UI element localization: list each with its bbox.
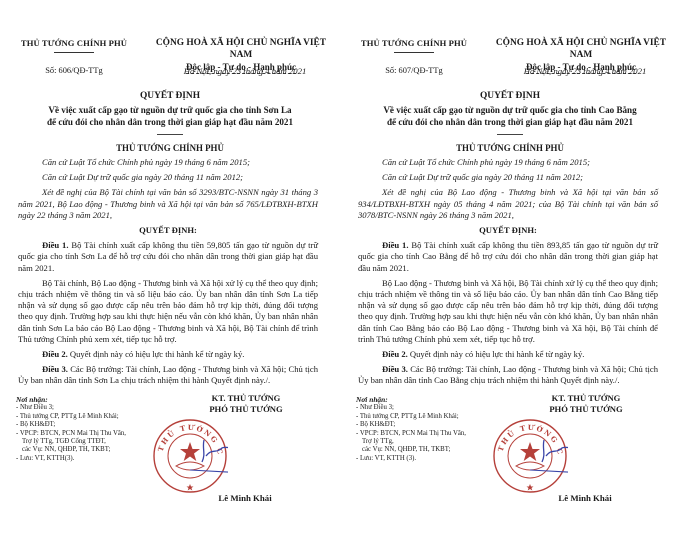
sign-title-2: PHÓ THỦ TƯỚNG [196, 404, 296, 415]
recipients-items: - Như Điều 3;- Thủ tướng CP, PTTg Lê Min… [16, 404, 156, 463]
decides-heading: QUYẾT ĐỊNH: [358, 225, 658, 236]
signer-name: Lê Minh Khái [200, 493, 290, 503]
issuing-authority: THỦ TƯỚNG CHÍNH PHỦ [340, 143, 680, 153]
article-1-label: Điều 1. [382, 240, 409, 250]
legal-basis-3: Xét đề nghị của Bộ Lao động - Thương bin… [358, 187, 658, 221]
sign-title-1: KT. THỦ TƯỚNG [536, 393, 636, 404]
recipient-item: - Thủ tướng CP, PTTg Lê Minh Khái; [16, 413, 156, 421]
legal-basis-2: Căn cứ Luật Dự trữ quốc gia ngày 20 thán… [358, 172, 658, 183]
recipients-list: Nơi nhận: - Như Điều 3;- Thủ tướng CP, P… [16, 396, 156, 463]
issuer-name: THỦ TƯỚNG CHÍNH PHỦ [20, 38, 128, 48]
article-3-label: Điều 3. [382, 364, 408, 374]
document-date: Hà Nội, ngày 23 tháng 4 năm 2021 [150, 66, 340, 76]
article-1-label: Điều 1. [42, 240, 69, 250]
recipient-item: - Lưu: VT, KTTH (3). [356, 455, 496, 463]
recipient-item: - Bộ KH&ĐT; [356, 421, 496, 429]
subject-line-1: Về việc xuất cấp gạo từ nguồn dự trữ quố… [10, 104, 330, 116]
issuer-divider [394, 52, 434, 53]
document-number: Số: 607/QĐ-TTg [360, 66, 468, 75]
issuer-name: THỦ TƯỚNG CHÍNH PHỦ [360, 38, 468, 48]
country-name: CỘNG HOÀ XÃ HỘI CHỦ NGHĨA VIỆT NAM [486, 37, 676, 61]
article-3-label: Điều 3. [42, 364, 68, 374]
article-2-label: Điều 2. [382, 349, 408, 359]
article-1: Điều 1. Bộ Tài chính xuất cấp không thu … [18, 240, 318, 274]
document-subject: Về việc xuất cấp gạo từ nguồn dự trữ quố… [10, 104, 330, 135]
decision-document: THỦ TƯỚNG CHÍNH PHỦ CỘNG HOÀ XÃ HỘI CHỦ … [340, 0, 680, 538]
recipient-item: Trợ lý TTg, [356, 438, 496, 446]
recipient-item: - VPCP: BTCN, PCN Mai Thị Thu Vân, [16, 430, 156, 438]
recipients-title: Nơi nhận: [16, 396, 156, 404]
document-body: Căn cứ Luật Tổ chức Chính phủ ngày 19 th… [358, 157, 658, 391]
article-1: Điều 1. Bộ Tài chính xuất cấp không thu … [358, 240, 658, 274]
decides-heading: QUYẾT ĐỊNH: [18, 225, 318, 236]
subject-divider [497, 134, 523, 135]
recipient-item: các Vụ: NN, QHĐP, TH, TKBT; [356, 446, 496, 454]
country-name: CỘNG HOÀ XÃ HỘI CHỦ NGHĨA VIỆT NAM [146, 37, 336, 61]
document-type: QUYẾT ĐỊNH [0, 91, 340, 101]
legal-basis-2: Căn cứ Luật Dự trữ quốc gia ngày 20 thán… [18, 172, 318, 183]
legal-basis-1: Căn cứ Luật Tổ chức Chính phủ ngày 19 th… [18, 157, 318, 168]
document-subject: Về việc xuất cấp gạo từ nguồn dự trữ quố… [350, 104, 670, 135]
recipients-title: Nơi nhận: [356, 396, 496, 404]
recipient-item: - Bộ KH&ĐT; [16, 421, 156, 429]
article-2-text: Quyết định này có hiệu lực thi hành kể t… [408, 349, 585, 359]
official-seal-icon: THỦ TƯỚNG CHÍNH PHỦ [492, 418, 568, 494]
subject-line-2: để cứu đói cho nhân dân trong thời gian … [10, 116, 330, 128]
article-1-paragraph-2: Bộ Tài chính, Bộ Lao động - Thương binh … [18, 278, 318, 345]
document-number: Số: 606/QĐ-TTg [20, 66, 128, 75]
document-body: Căn cứ Luật Tổ chức Chính phủ ngày 19 th… [18, 157, 318, 391]
signer-name: Lê Minh Khái [540, 493, 630, 503]
article-2: Điều 2. Quyết định này có hiệu lực thi h… [358, 349, 658, 360]
recipient-item: - VPCP: BTCN, PCN Mai Thị Thu Vân, [356, 430, 496, 438]
legal-basis-3: Xét đề nghị của Bộ Tài chính tại văn bản… [18, 187, 318, 221]
article-3: Điều 3. Các Bộ trưởng: Tài chính, Lao độ… [358, 364, 658, 386]
document-date: Hà Nội, ngày 23 tháng 4 năm 2021 [490, 66, 680, 76]
recipient-item: - Thủ tướng CP, PTTg Lê Minh Khái; [356, 413, 496, 421]
subject-line-2: để cứu đói cho nhân dân trong thời gian … [350, 116, 670, 128]
decision-document: THỦ TƯỚNG CHÍNH PHỦ CỘNG HOÀ XÃ HỘI CHỦ … [0, 0, 340, 538]
document-type: QUYẾT ĐỊNH [340, 91, 680, 101]
official-seal-icon: THỦ TƯỚNG CHÍNH PHỦ [152, 418, 228, 494]
issuing-authority: THỦ TƯỚNG CHÍNH PHỦ [0, 143, 340, 153]
article-2: Điều 2. Quyết định này có hiệu lực thi h… [18, 349, 318, 360]
recipients-list: Nơi nhận: - Như Điều 3;- Thủ tướng CP, P… [356, 396, 496, 463]
article-3: Điều 3. Các Bộ trưởng: Tài chính, Lao độ… [18, 364, 318, 386]
recipient-item: - Như Điều 3; [16, 404, 156, 412]
subject-divider [157, 134, 183, 135]
recipient-item: - Như Điều 3; [356, 404, 496, 412]
issuer-header: THỦ TƯỚNG CHÍNH PHỦ [20, 38, 128, 53]
sign-title-1: KT. THỦ TƯỚNG [196, 393, 296, 404]
sign-title-2: PHÓ THỦ TƯỚNG [536, 404, 636, 415]
article-1-paragraph-2: Bộ Lao động - Thương binh và Xã hội, Bộ … [358, 278, 658, 345]
article-2-label: Điều 2. [42, 349, 68, 359]
recipients-items: - Như Điều 3;- Thủ tướng CP, PTTg Lê Min… [356, 404, 496, 463]
subject-line-1: Về việc xuất cấp gạo từ nguồn dự trữ quố… [350, 104, 670, 116]
signature-block: KT. THỦ TƯỚNG PHÓ THỦ TƯỚNG [536, 393, 636, 414]
recipient-item: - Lưu: VT, KTTH(3). [16, 455, 156, 463]
recipient-item: Trợ lý TTg, TGĐ Cổng TTĐT, [16, 438, 156, 446]
recipient-item: các Vụ: NN, QHĐP, TH, TKBT; [16, 446, 156, 454]
signature-block: KT. THỦ TƯỚNG PHÓ THỦ TƯỚNG [196, 393, 296, 414]
article-2-text: Quyết định này có hiệu lực thi hành kể t… [68, 349, 245, 359]
issuer-header: THỦ TƯỚNG CHÍNH PHỦ [360, 38, 468, 53]
issuer-divider [54, 52, 94, 53]
legal-basis-1: Căn cứ Luật Tổ chức Chính phủ ngày 19 th… [358, 157, 658, 168]
